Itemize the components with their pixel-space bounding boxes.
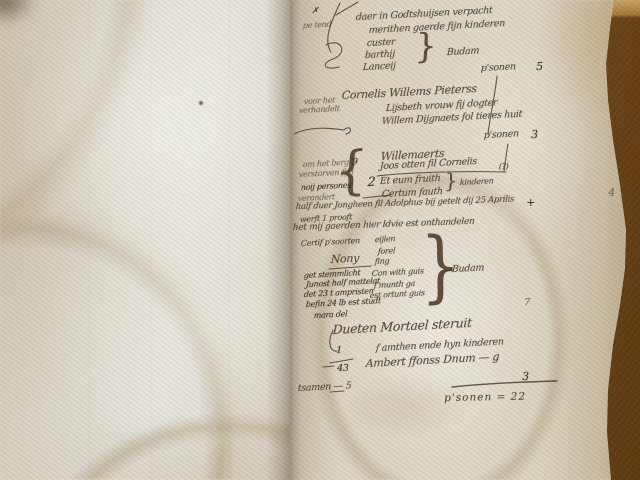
fraction-denominator: 43 (337, 363, 349, 374)
cross-mark: + (526, 196, 535, 209)
list-item: eijlen (375, 234, 396, 244)
query-mark: (?) (499, 161, 509, 171)
corner-shadow (0, 0, 38, 26)
total-number: 5 (536, 60, 543, 73)
margin-note: pe tend (303, 20, 332, 31)
hw-line: barthij (364, 48, 395, 61)
water-stain-overlay-left (0, 0, 292, 480)
margin-note: mara del (314, 309, 348, 320)
left-page (0, 0, 292, 480)
subtotal-number: 3 (522, 370, 529, 383)
list-item: forel (378, 246, 396, 256)
hw-group-label: Budam (446, 45, 479, 58)
hw-line: custer (366, 37, 395, 50)
total-number: 3 (531, 128, 538, 141)
hw-total-word: p'sonen (480, 61, 516, 74)
hw-line: Lanceij (362, 60, 395, 73)
hw-underlined-line: Nony (330, 252, 359, 267)
hw-group-label: kinderen (460, 176, 494, 187)
grand-total: p'sonen = 22 (444, 391, 526, 404)
edge-number: 4 (608, 186, 615, 199)
fraction-numerator: 1 (336, 345, 342, 356)
grouping-brace: } (414, 29, 437, 64)
check-mark: ✗ (312, 6, 319, 15)
hw-total-word: p'sonen (483, 128, 519, 141)
margin-number: 2 (367, 174, 375, 189)
manuscript-photo: ✗ pe tend daer in Godtshuijsen verpacht … (0, 0, 640, 480)
ink-speck (199, 101, 203, 105)
list-item: fing (375, 256, 390, 266)
grouping-brace: } (444, 170, 458, 191)
margin-number: 7 (524, 297, 530, 308)
hw-group-label: Budam (451, 262, 484, 275)
